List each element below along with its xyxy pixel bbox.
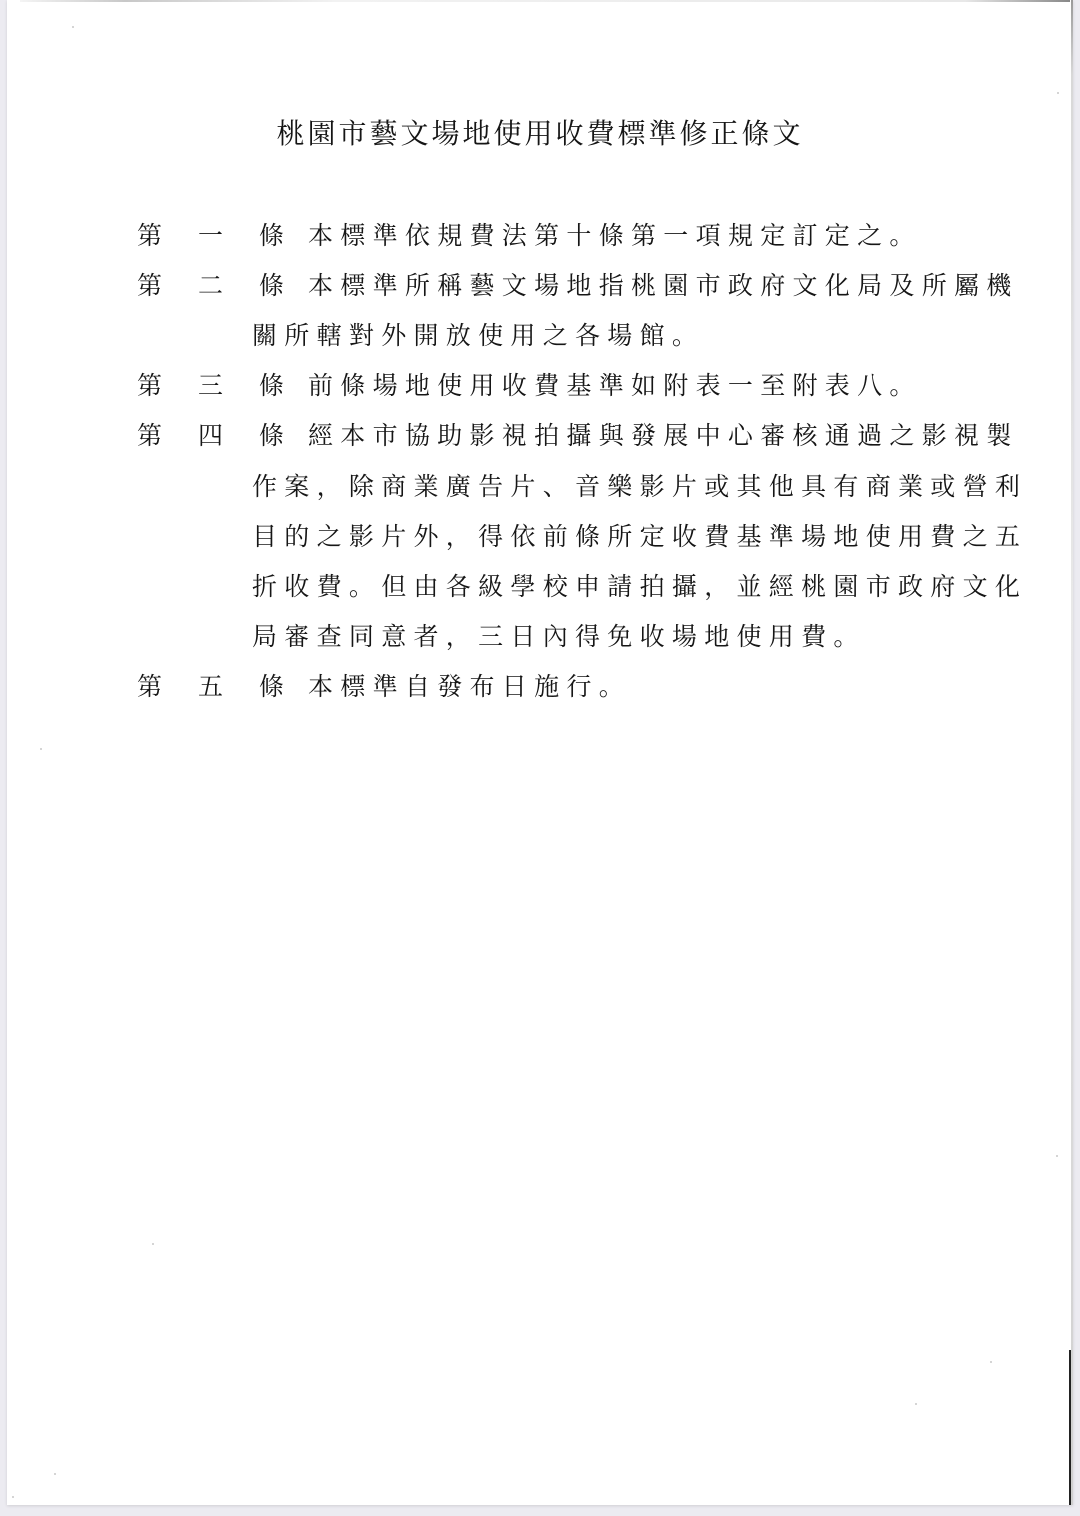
document-title: 桃園市藝文場地使用收費標準修正條文 [0, 114, 1080, 154]
scan-speck [990, 1361, 992, 1363]
scan-speck [12, 1496, 14, 1498]
article-1-label: 第 一 條 [137, 216, 298, 256]
article-1-text-line-1: 本標準依規費法第十條第一項規定訂定之。 [308, 216, 922, 256]
article-2-text-line-1: 本標準所稱藝文場地指桃園市政府文化局及所屬機 [308, 266, 1019, 306]
article-5-label: 第 五 條 [137, 667, 298, 707]
article-4-text-line-3: 目的之影片外，得依前條所定收費基準場地使用費之五 [252, 517, 1027, 557]
scan-speck [1056, 1155, 1058, 1157]
article-2-label: 第 二 條 [137, 266, 298, 306]
scan-speck [40, 748, 42, 750]
article-4-text-line-4: 折收費。但由各級學校申請拍攝，並經桃園市政府文化 [252, 567, 1027, 607]
article-3-label: 第 三 條 [137, 366, 298, 406]
page-right-edge-shadow [1069, 1350, 1071, 1505]
scan-speck [915, 1403, 917, 1405]
scan-speck [1057, 92, 1059, 94]
scan-speck [54, 1473, 56, 1475]
article-3-text-line-1: 前條場地使用收費基準如附表一至附表八。 [308, 366, 922, 406]
article-4-text-line-2: 作案，除商業廣告片、音樂影片或其他具有商業或營利 [252, 467, 1027, 507]
article-4-label: 第 四 條 [137, 416, 298, 456]
article-2-text-line-2: 關所轄對外開放使用之各場館。 [252, 316, 704, 356]
page-right-edge [1071, 0, 1073, 1505]
scan-speck [152, 1243, 154, 1245]
article-4-text-line-1: 經本市協助影視拍攝與發展中心審核通過之影視製 [308, 416, 1019, 456]
page-top-edge [20, 0, 1070, 2]
scan-speck [72, 26, 74, 28]
article-5-text-line-1: 本標準自發布日施行。 [308, 667, 631, 707]
article-4-text-line-5: 局審查同意者，三日內得免收場地使用費。 [252, 617, 866, 657]
